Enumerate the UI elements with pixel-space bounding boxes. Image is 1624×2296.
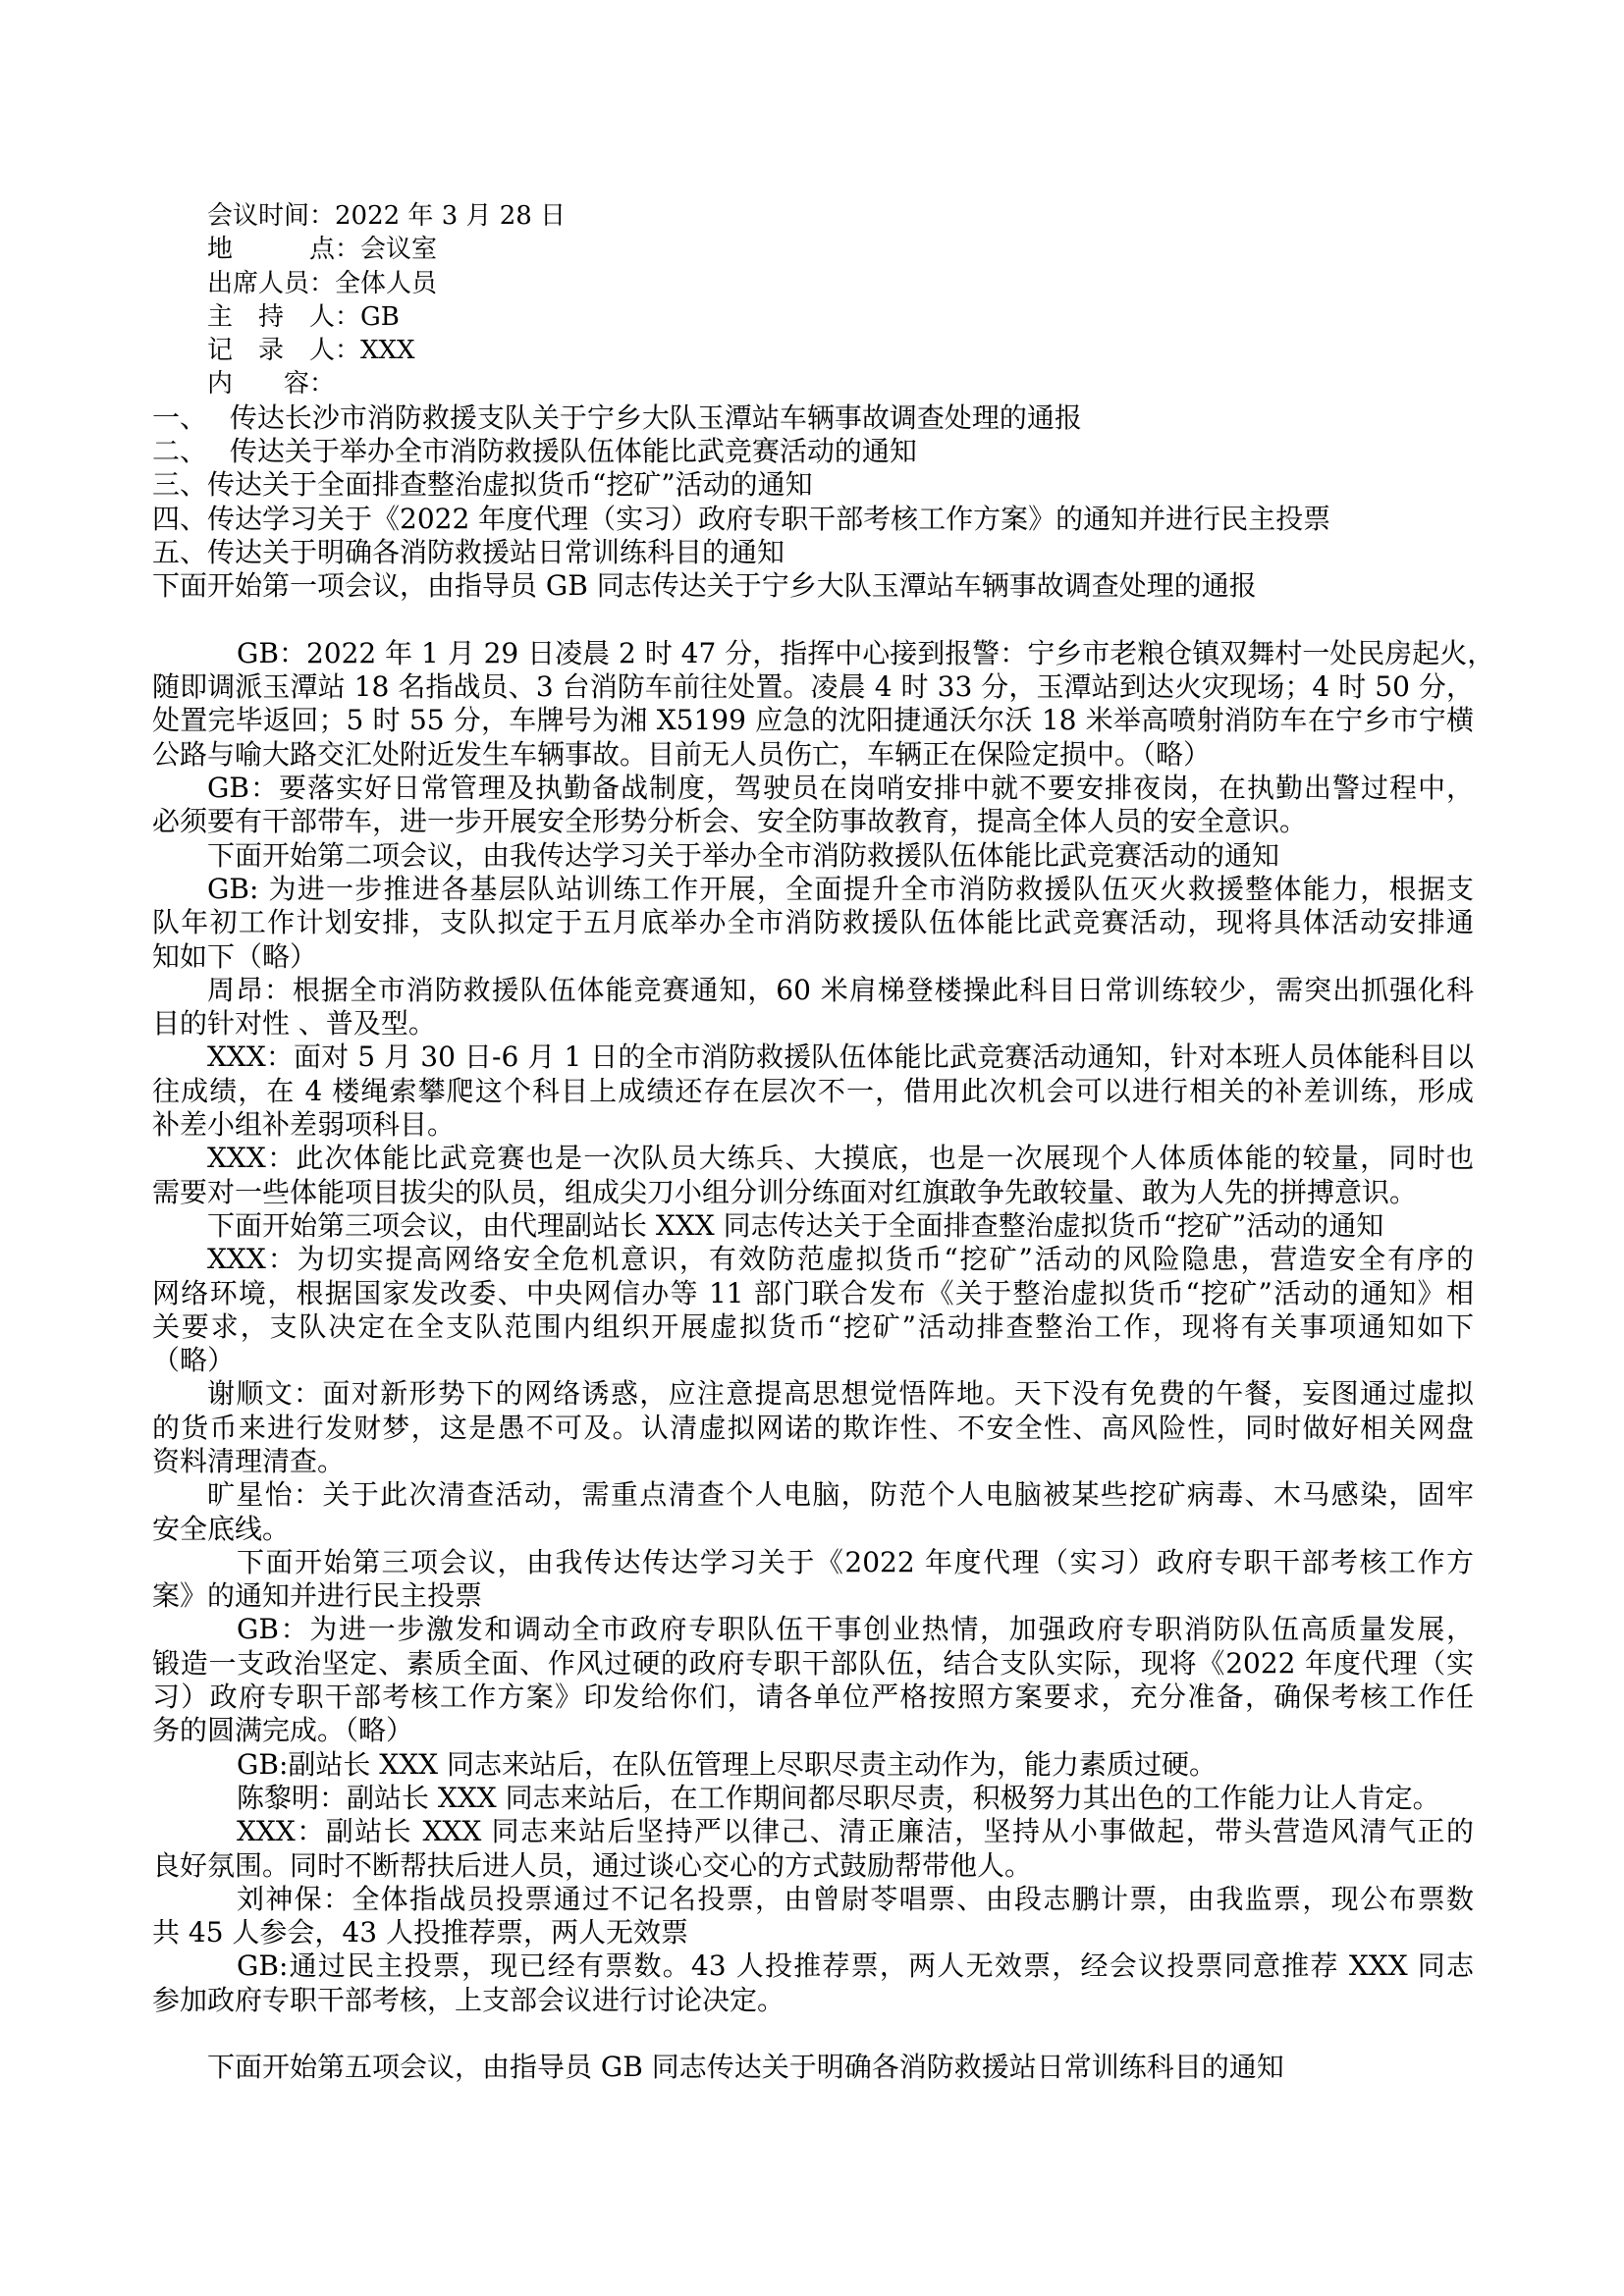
- text-line: 谢顺文：面对新形势下的网络诱惑，应注意提高思想觉悟阵地。天下没有免费的午餐，妄图…: [152, 1377, 1474, 1411]
- text-line: 知如下（略）: [152, 940, 1474, 974]
- text-line: 参加政府专职干部考核，上支部会议进行讨论决定。: [152, 1984, 1474, 2017]
- text-line: 刘神保：全体指战员投票通过不记名投票，由曾尉苓唱票、由段志鹏计票，由我监票，现公…: [152, 1883, 1474, 1916]
- text-line: 下面开始第一项会议，由指导员 GB 同志传达关于宁乡大队玉潭站车辆事故调查处理的…: [152, 569, 1474, 603]
- text-line: 下面开始第三项会议，由我传达传达学习关于《2022 年度代理（实习）政府专职干部…: [152, 1546, 1474, 1579]
- text-line: 陈黎明：副站长 XXX 同志来站后，在工作期间都尽职尽责，积极努力其出色的工作能…: [152, 1782, 1474, 1815]
- text-line: 下面开始第五项会议，由指导员 GB 同志传达关于明确各消防救援站日常训练科目的通…: [152, 2051, 1474, 2084]
- text-line: 关要求，支队决定在全支队范围内组织开展虚拟货币“挖矿”活动排查整治工作，现将有关…: [152, 1310, 1474, 1344]
- text-line: 会议时间：2022 年 3 月 28 日: [152, 199, 1474, 233]
- text-line: 的货币来进行发财梦，这是愚不可及。认清虚拟网诺的欺诈性、不安全性、高风险性，同时…: [152, 1412, 1474, 1445]
- text-line: XXX：为切实提高网络安全危机意识，有效防范虚拟货币“挖矿”活动的风险隐患，营造…: [152, 1243, 1474, 1276]
- text-line: 地 点：会议室: [152, 233, 1474, 266]
- text-line: 共 45 人参会，43 人投推荐票，两人无效票: [152, 1916, 1474, 1949]
- text-line: 网络环境，根据国家发改委、中央网信办等 11 部门联合发布《关于整治虚拟货币“挖…: [152, 1277, 1474, 1310]
- text-line: 一、 传达长沙市消防救援支队关于宁乡大队玉潭站车辆事故调查处理的通报: [152, 401, 1474, 435]
- text-line: 主 持 人：GB: [152, 300, 1474, 334]
- text-line: 习）政府专职干部考核工作方案》印发给你们，请各单位严格按照方案要求，充分准备，确…: [152, 1681, 1474, 1714]
- text-line: 良好氛围。同时不断帮扶后进人员，通过谈心交心的方式鼓励帮带他人。: [152, 1849, 1474, 1883]
- text-line: GB: 为进一步推进各基层队站训练工作开展，全面提升全市消防救援队伍灭火救援整体…: [152, 873, 1474, 906]
- text-line: GB：要落实好日常管理及执勤备战制度，驾驶员在岗哨安排中就不要安排夜岗，在执勤出…: [152, 772, 1474, 805]
- text-line: 锻造一支政治坚定、素质全面、作风过硬的政府专职干部队伍，结合支队实际，现将《20…: [152, 1647, 1474, 1681]
- text-line: 往成绩，在 4 楼绳索攀爬这个科目上成绩还存在层次不一，借用此次机会可以进行相关…: [152, 1075, 1474, 1108]
- text-line: GB:副站长 XXX 同志来站后，在队伍管理上尽职尽责主动作为，能力素质过硬。: [152, 1748, 1474, 1782]
- text-line: XXX：副站长 XXX 同志来站后坚持严以律己、清正廉洁，坚持从小事做起，带头营…: [152, 1815, 1474, 1848]
- text-line: 需要对一些体能项目拔尖的队员，组成尖刀小组分训分练面对红旗敢争先敢较量、敢为人先…: [152, 1176, 1474, 1209]
- document-text: 会议时间：2022 年 3 月 28 日地 点：会议室出席人员：全体人员主 持 …: [152, 199, 1474, 2085]
- text-line: 周昂：根据全市消防救援队伍体能竞赛通知，60 米肩梯登楼操此科目日常训练较少，需…: [152, 974, 1474, 1007]
- text-line: 目的针对性 、普及型。: [152, 1007, 1474, 1041]
- text-line: [152, 604, 1474, 637]
- text-line: 资料清理清查。: [152, 1445, 1474, 1478]
- text-line: 三、传达关于全面排查整治虚拟货币“挖矿”活动的通知: [152, 468, 1474, 502]
- text-line: XXX：此次体能比武竞赛也是一次队员大练兵、大摸底，也是一次展现个人体质体能的较…: [152, 1142, 1474, 1175]
- text-line: 旷星怡：关于此次清查活动，需重点清查个人电脑，防范个人电脑被某些挖矿病毒、木马感…: [152, 1478, 1474, 1512]
- text-line: 随即调派玉潭站 18 名指战员、3 台消防车前往处置。凌晨 4 时 33 分，玉…: [152, 670, 1474, 704]
- text-line: 队年初工作计划安排，支队拟定于五月底举办全市消防救援队伍体能比武竞赛活动，现将具…: [152, 906, 1474, 939]
- text-line: 处置完毕返回；5 时 55 分，车牌号为湘 X5199 应急的沈阳捷通沃尔沃 1…: [152, 704, 1474, 737]
- text-line: GB:通过民主投票，现已经有票数。43 人投推荐票，两人无效票，经会议投票同意推…: [152, 1949, 1474, 1983]
- document-page: 会议时间：2022 年 3 月 28 日地 点：会议室出席人员：全体人员主 持 …: [0, 0, 1624, 2296]
- text-line: 案》的通知并进行民主投票: [152, 1579, 1474, 1613]
- text-line: 安全底线。: [152, 1513, 1474, 1546]
- text-line: 五、传达关于明确各消防救援站日常训练科目的通知: [152, 536, 1474, 569]
- text-line: 出席人员：全体人员: [152, 267, 1474, 300]
- text-line: 务的圆满完成。（略）: [152, 1714, 1474, 1747]
- text-line: 四、传达学习关于《2022 年度代理（实习）政府专职干部考核工作方案》的通知并进…: [152, 503, 1474, 536]
- text-line: 下面开始第二项会议，由我传达学习关于举办全市消防救援队伍体能比武竞赛活动的通知: [152, 839, 1474, 873]
- text-line: 必须要有干部带车，进一步开展安全形势分析会、安全防事故教育，提高全体人员的安全意…: [152, 805, 1474, 838]
- text-line: （略）: [152, 1344, 1474, 1377]
- text-line: 内 容：: [152, 367, 1474, 400]
- page: { "page": { "background_color": "#ffffff…: [0, 0, 1624, 2296]
- text-line: [152, 2017, 1474, 2051]
- text-line: GB：2022 年 1 月 29 日凌晨 2 时 47 分，指挥中心接到报警：宁…: [152, 637, 1474, 670]
- text-line: 补差小组补差弱项科目。: [152, 1108, 1474, 1142]
- text-line: 下面开始第三项会议，由代理副站长 XXX 同志传达关于全面排查整治虚拟货币“挖矿…: [152, 1209, 1474, 1243]
- text-line: 记 录 人：XXX: [152, 334, 1474, 367]
- text-line: 二、 传达关于举办全市消防救援队伍体能比武竞赛活动的通知: [152, 435, 1474, 468]
- text-line: XXX：面对 5 月 30 日-6 月 1 日的全市消防救援队伍体能比武竞赛活动…: [152, 1041, 1474, 1074]
- text-line: 公路与喻大路交汇处附近发生车辆事故。目前无人员伤亡，车辆正在保险定损中。（略）: [152, 738, 1474, 772]
- text-line: GB：为进一步激发和调动全市政府专职队伍干事创业热情，加强政府专职消防队伍高质量…: [152, 1613, 1474, 1646]
